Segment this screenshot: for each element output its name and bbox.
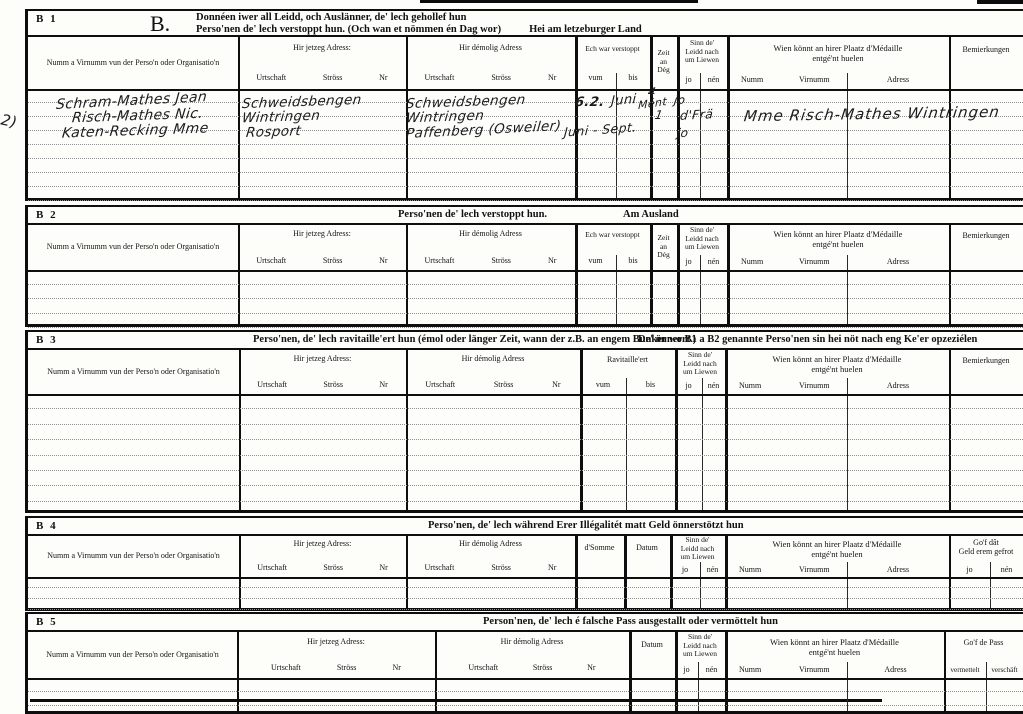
- b2-label: B 2: [36, 209, 58, 221]
- b5-col-demolig: Hir démolig Adress UrtschaftStrössNr: [435, 630, 629, 678]
- b3-col-demolig: Hir démolig Adress UrtschaftStrössNr: [406, 348, 580, 394]
- b1-col-zeit: ZeitanDég: [650, 35, 677, 89]
- b2-col-sinn: Sinn de'Leidd nachum Liewen jonén: [677, 223, 727, 270]
- scan-edge-mark: [977, 0, 1023, 4]
- b4-col-demolig: Hir démolig Adress UrtschaftStrössNr: [406, 534, 575, 577]
- b1-col-sinn: Sinn de'Leidd nachum Liewen jonén: [677, 35, 727, 89]
- b3-col-jetzeg: Hir jetzeg Adress: UrtschaftStrössNr: [239, 348, 406, 394]
- section-b4: B 4 Perso'nen, de' lech während Erer Ill…: [25, 516, 1023, 611]
- b5-col-sinn: Sinn de'Leidd nachum Liewen jonén: [675, 630, 725, 678]
- b3-col-bemierkungen: Bemierkungen: [949, 348, 1023, 394]
- b3-col-sinn: Sinn de'Leidd nachum Liewen jonén: [675, 348, 725, 394]
- b2-col-demolig: Hir démolig Adress UrtschaftStrössNr: [406, 223, 575, 270]
- b2-title: Perso'nen de' lech verstoppt hun.: [398, 209, 547, 221]
- b1-col-verstoppt: Ech war verstoppt vumbis: [575, 35, 650, 89]
- b1-title-line1: Donnéen iwer all Leidd, och Auslänner, d…: [196, 12, 642, 24]
- b4-col-gof-geld: Go'f dât Geld erem gefrot jonén: [949, 534, 1023, 577]
- b5-col-jetzeg: Hir jetzeg Adress: UrtschaftStrössNr: [237, 630, 435, 678]
- b5-title: Person'nen, de' lech é falsche Pass ausg…: [483, 616, 778, 628]
- b4-col-sinn: Sinn de'Leidd nachum Liewen jonén: [670, 534, 725, 577]
- b1-col-jetzeg: Hir jetzeg Adress: UrtschaftStrössNr: [238, 35, 406, 89]
- b5-label: B 5: [36, 616, 58, 628]
- b3-col-ravitailleert: Ravitaille'ert vumbis: [580, 348, 675, 394]
- b4-col-medal: Wien könnt an hirer Plaatz d'Médaille en…: [725, 534, 949, 577]
- b1-title-line2: Perso'nen de' lech verstoppt hun. (Och w…: [196, 24, 501, 35]
- b2-col-verstoppt: Ech war verstoppt vumbis: [575, 223, 650, 270]
- scanned-form-page: { "shared": { "name_col": "Numm a Virnum…: [0, 0, 1023, 714]
- b1-title-right: Hei am letzeburger Land: [529, 24, 642, 35]
- b2-col-name: Numm a Virnumm vun der Perso'n oder Orga…: [28, 223, 238, 270]
- b4-title: Perso'nen, de' lech während Erer Illégal…: [428, 520, 744, 532]
- b1-label: B 1: [36, 13, 58, 25]
- b3-col-name: Numm a Virnumm vun der Perso'n oder Orga…: [28, 348, 239, 394]
- b1-col-demolig: Hir démolig Adress UrtschaftStrössNr: [406, 35, 575, 89]
- b2-col-zeit: ZeitanDég: [650, 223, 677, 270]
- b2-col-medal: Wien könnt an hirer Plaatz d'Médaille en…: [727, 223, 949, 270]
- b3-title: Perso'nen, de' lech ravitaille'ert hun (…: [253, 334, 696, 346]
- b3-title-right: De' önner B1 a B2 genannte Perso'nen sin…: [638, 334, 977, 346]
- b5-col-medal: Wien könnt an hirer Plaatz d'Médaille en…: [725, 630, 944, 678]
- scan-edge-mark: [420, 0, 698, 3]
- b1-col-name: Numm a Virnumm vun der Perso'n oder Orga…: [28, 35, 238, 89]
- b2-col-jetzeg: Hir jetzeg Adress: UrtschaftStrössNr: [238, 223, 406, 270]
- b4-col-datum: Datum: [624, 534, 670, 577]
- b5-col-gof-pass: Go'f de Pass vermetteltverschäft: [944, 630, 1023, 678]
- b5-col-datum: Datum: [629, 630, 675, 678]
- b2-title-right: Am Ausland: [623, 209, 679, 221]
- b1-col-bemierkungen: Bemierkungen: [949, 35, 1023, 89]
- b1-big-letter: B.: [150, 11, 170, 37]
- b1-col-medal: Wien könnt an hirer Plaatz d'Médaille en…: [727, 35, 949, 89]
- b4-col-somme: d'Somme: [575, 534, 624, 577]
- b4-label: B 4: [36, 520, 58, 532]
- section-b5: B 5 Person'nen, de' lech é falsche Pass …: [25, 612, 1023, 714]
- b1-titlebar: B 1 B. Donnéen iwer all Leidd, och Auslä…: [28, 11, 1023, 37]
- section-b3: B 3 Perso'nen, de' lech ravitaille'ert h…: [25, 330, 1023, 513]
- b5-col-name: Numm a Virnumm vun der Perso'n oder Orga…: [28, 630, 237, 678]
- section-b2: B 2 Perso'nen de' lech verstoppt hun. Am…: [25, 205, 1023, 327]
- section-b1: B 1 B. Donnéen iwer all Leidd, och Auslä…: [25, 9, 1023, 201]
- b3-label: B 3: [36, 334, 58, 346]
- b4-col-jetzeg: Hir jetzeg Adress: UrtschaftStrössNr: [239, 534, 406, 577]
- b4-col-name: Numm a Virnumm vun der Perso'n oder Orga…: [28, 534, 239, 577]
- b3-col-medal: Wien könnt an hirer Plaatz d'Médaille en…: [725, 348, 949, 394]
- b2-col-bemierkungen: Bemierkungen: [949, 223, 1023, 270]
- margin-mark: 2): [0, 111, 19, 132]
